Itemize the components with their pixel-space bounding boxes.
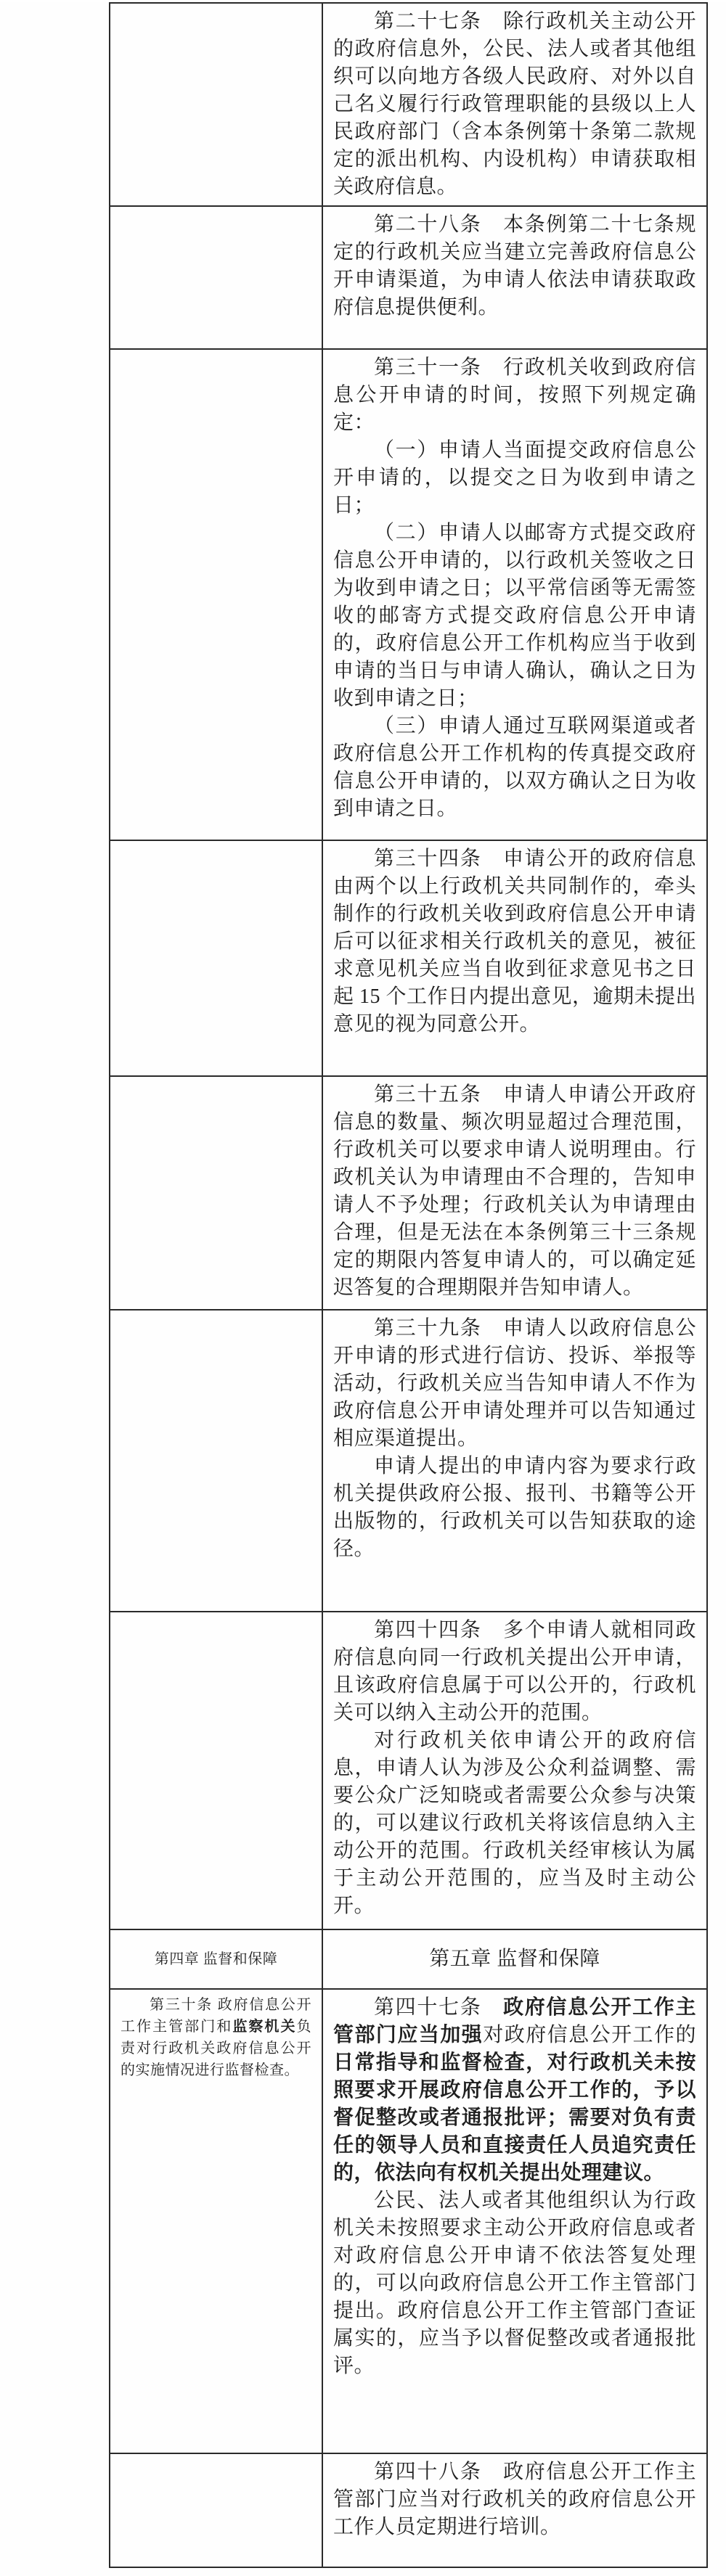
paragraph: 第二十七条 除行政机关主动公开的政府信息外，公民、法人或者其他组织可以向地方各级…	[333, 8, 696, 201]
text-segment: （三）申请人通过互联网渠道或者政府信息公开工作机构的传真提交政府信息公开申请的，…	[333, 715, 696, 820]
text-segment: 第二十八条 本条例第二十七条规定的行政机关应当建立完善政府信息公开申请渠道，为申…	[333, 213, 696, 319]
text-segment: （二）申请人以邮寄方式提交政府信息公开申请的，以行政机关签收之日为收到申请之日；…	[333, 522, 696, 710]
cell-right-row-7: 第四十四条 多个申请人就相同政府信息向同一行政机关提出公开申请，且该政府信息属于…	[322, 1612, 707, 1929]
paragraph: 第五章 监督和保障	[333, 1945, 696, 1973]
table-row-10: 第四十八条 政府信息公开工作主管部门应当对行政机关的政府信息公开工作人员定期进行…	[110, 2453, 707, 2567]
text-segment: 第四十八条 政府信息公开工作主管部门应当对行政机关的政府信息公开工作人员定期进行…	[333, 2461, 696, 2538]
paragraph: 第四十八条 政府信息公开工作主管部门应当对行政机关的政府信息公开工作人员定期进行…	[333, 2458, 696, 2541]
text-segment: 第三十四条 申请公开的政府信息由两个以上行政机关共同制作的，牵头制作的行政机关收…	[333, 848, 696, 1035]
text-segment: 第三十五条 申请人申请公开政府信息的数量、频次明显超过合理范围，行政机关可以要求…	[333, 1083, 696, 1299]
paragraph: 公民、法人或者其他组织认为行政机关未按照要求主动公开政府信息或者对政府信息公开申…	[333, 2187, 696, 2380]
cell-right-row-6: 第三十九条 申请人以政府信息公开申请的形式进行信访、投诉、举报等活动，行政机关应…	[322, 1310, 707, 1612]
text-segment: 第五章 监督和保障	[429, 1948, 600, 1970]
text-segment: 对行政机关依申请公开的政府信息，申请人认为涉及公众利益调整、需要公众广泛知晓或者…	[333, 1729, 696, 1917]
paragraph: （三）申请人通过互联网渠道或者政府信息公开工作机构的传真提交政府信息公开申请的，…	[333, 713, 696, 823]
cell-right-row-3: 第三十一条 行政机关收到政府信息公开申请的时间，按照下列规定确定：（一）申请人当…	[322, 349, 707, 840]
text-segment: 申请人提出的申请内容为要求行政机关提供政府公报、报刊、书籍等公开出版物的，行政机…	[333, 1455, 696, 1560]
cell-left-row-9: 第三十条 政府信息公开工作主管部门和监察机关负责对行政机关政府信息公开的实施情况…	[110, 1989, 322, 2453]
cell-right-row-8: 第五章 监督和保障	[322, 1929, 707, 1989]
bold-text-segment: 监察机关	[232, 2019, 296, 2035]
cell-left-row-4	[110, 840, 322, 1076]
cell-left-row-7	[110, 1612, 322, 1929]
cell-right-row-5: 第三十五条 申请人申请公开政府信息的数量、频次明显超过合理范围，行政机关可以要求…	[322, 1076, 707, 1310]
text-segment: （一）申请人当面提交政府信息公开申请的，以提交之日为收到申请之日；	[333, 439, 696, 517]
paragraph: 申请人提出的申请内容为要求行政机关提供政府公报、报刊、书籍等公开出版物的，行政机…	[333, 1453, 696, 1563]
paragraph: 第四章 监督和保障	[121, 1948, 311, 1970]
cell-left-row-5	[110, 1076, 322, 1310]
paragraph: （二）申请人以邮寄方式提交政府信息公开申请的，以行政机关签收之日为收到申请之日；…	[333, 520, 696, 713]
text-segment: 第四章 监督和保障	[155, 1951, 278, 1967]
paragraph: 对行政机关依申请公开的政府信息，申请人认为涉及公众利益调整、需要公众广泛知晓或者…	[333, 1727, 696, 1920]
paragraph: （一）申请人当面提交政府信息公开申请的，以提交之日为收到申请之日；	[333, 437, 696, 520]
text-segment: 第三十九条 申请人以政府信息公开申请的形式进行信访、投诉、举报等活动，行政机关应…	[333, 1317, 696, 1450]
cell-left-row-8: 第四章 监督和保障	[110, 1929, 322, 1989]
law-table-body: 第二十七条 除行政机关主动公开的政府信息外，公民、法人或者其他组织可以向地方各级…	[110, 3, 707, 2567]
table-row-1: 第二十七条 除行政机关主动公开的政府信息外，公民、法人或者其他组织可以向地方各级…	[110, 3, 707, 206]
table-row-9: 第三十条 政府信息公开工作主管部门和监察机关负责对行政机关政府信息公开的实施情况…	[110, 1989, 707, 2453]
table-row-5: 第三十五条 申请人申请公开政府信息的数量、频次明显超过合理范围，行政机关可以要求…	[110, 1076, 707, 1310]
cell-right-row-1: 第二十七条 除行政机关主动公开的政府信息外，公民、法人或者其他组织可以向地方各级…	[322, 3, 707, 206]
text-segment: 第四十四条 多个申请人就相同政府信息向同一行政机关提出公开申请，且该政府信息属于…	[333, 1619, 696, 1724]
table-row-8: 第四章 监督和保障第五章 监督和保障	[110, 1929, 707, 1989]
text-segment: 第四十七条	[374, 1996, 503, 2019]
cell-left-row-10	[110, 2453, 322, 2567]
cell-left-row-6	[110, 1310, 322, 1612]
table-row-2: 第二十八条 本条例第二十七条规定的行政机关应当建立完善政府信息公开申请渠道，为申…	[110, 206, 707, 349]
cell-left-row-3	[110, 349, 322, 840]
cell-left-row-2	[110, 206, 322, 349]
paragraph: 第二十八条 本条例第二十七条规定的行政机关应当建立完善政府信息公开申请渠道，为申…	[333, 211, 696, 321]
law-comparison-table: 第二十七条 除行政机关主动公开的政府信息外，公民、法人或者其他组织可以向地方各级…	[109, 2, 708, 2568]
table-row-3: 第三十一条 行政机关收到政府信息公开申请的时间，按照下列规定确定：（一）申请人当…	[110, 349, 707, 840]
document-page: 第二十七条 除行政机关主动公开的政府信息外，公民、法人或者其他组织可以向地方各级…	[0, 2, 726, 2576]
text-segment: 公民、法人或者其他组织认为行政机关未按照要求主动公开政府信息或者对政府信息公开申…	[333, 2189, 696, 2377]
text-segment: 第三十一条 行政机关收到政府信息公开申请的时间，按照下列规定确定：	[333, 356, 696, 434]
paragraph: 第四十四条 多个申请人就相同政府信息向同一行政机关提出公开申请，且该政府信息属于…	[333, 1617, 696, 1727]
cell-right-row-9: 第四十七条 政府信息公开工作主管部门应当加强对政府信息公开工作的日常指导和监督检…	[322, 1989, 707, 2453]
text-segment: 第二十七条 除行政机关主动公开的政府信息外，公民、法人或者其他组织可以向地方各级…	[333, 10, 696, 198]
paragraph: 第三十条 政府信息公开工作主管部门和监察机关负责对行政机关政府信息公开的实施情况…	[121, 1994, 311, 2081]
cell-right-row-2: 第二十八条 本条例第二十七条规定的行政机关应当建立完善政府信息公开申请渠道，为申…	[322, 206, 707, 349]
table-row-7: 第四十四条 多个申请人就相同政府信息向同一行政机关提出公开申请，且该政府信息属于…	[110, 1612, 707, 1929]
paragraph: 第三十一条 行政机关收到政府信息公开申请的时间，按照下列规定确定：	[333, 354, 696, 437]
paragraph: 第三十五条 申请人申请公开政府信息的数量、频次明显超过合理范围，行政机关可以要求…	[333, 1081, 696, 1302]
paragraph: 第四十七条 政府信息公开工作主管部门应当加强对政府信息公开工作的日常指导和监督检…	[333, 1994, 696, 2187]
cell-right-row-4: 第三十四条 申请公开的政府信息由两个以上行政机关共同制作的，牵头制作的行政机关收…	[322, 840, 707, 1076]
text-segment: 对政府信息公开工作的	[483, 2024, 696, 2046]
cell-left-row-1	[110, 3, 322, 206]
table-row-6: 第三十九条 申请人以政府信息公开申请的形式进行信访、投诉、举报等活动，行政机关应…	[110, 1310, 707, 1612]
bold-text-segment: 日常指导和监督检查，对行政机关未按照要求开展政府信息公开工作的，予以督促整改或者…	[333, 2051, 696, 2184]
table-row-4: 第三十四条 申请公开的政府信息由两个以上行政机关共同制作的，牵头制作的行政机关收…	[110, 840, 707, 1076]
paragraph: 第三十九条 申请人以政府信息公开申请的形式进行信访、投诉、举报等活动，行政机关应…	[333, 1315, 696, 1453]
paragraph: 第三十四条 申请公开的政府信息由两个以上行政机关共同制作的，牵头制作的行政机关收…	[333, 845, 696, 1038]
cell-right-row-10: 第四十八条 政府信息公开工作主管部门应当对行政机关的政府信息公开工作人员定期进行…	[322, 2453, 707, 2567]
